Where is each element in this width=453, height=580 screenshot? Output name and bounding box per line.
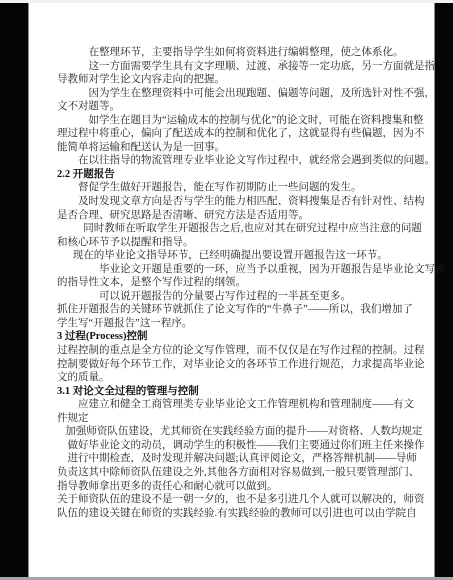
text-line: 加强师资队伍建设，尤其师资在实践经验方面的提升——对资格、人数均规定 <box>57 425 408 439</box>
text-line: 可以说开题报告的分量要占写作过程的一半甚至更多。 <box>57 290 408 304</box>
document-page: 在整理环节，主要指导学生如何将资料进行编辑整理，使之体系化。这一方面需要学生具有… <box>28 3 435 577</box>
text-line: 导教师对学生论文内容走向的把握。 <box>57 73 408 87</box>
text-line: 毕业论文开题是重要的一环，应当予以重视，因为开题报告是毕业论文写作 <box>57 263 408 277</box>
text-line: 队伍的建设关键在师资的实践经验.有实践经验的教师可以引进也可以由学院自 <box>57 507 408 521</box>
text-line: 学生写“开题报告”这一程序。 <box>57 317 408 331</box>
text-line: 过程控制的重点是全方位的论文写作管理，而不仅仅是在写作过程的控制。过程 <box>57 344 408 358</box>
text-line: 控制要做好每个环节工作，对毕业论文的各环节工作进行规范，力求提高毕业论 <box>57 358 408 372</box>
text-line: 是否合理、研究思路是否清晰、研究方法是否适用等。 <box>57 209 408 223</box>
document-text-block: 在整理环节，主要指导学生如何将资料进行编辑整理，使之体系化。这一方面需要学生具有… <box>57 46 408 520</box>
section-heading: 2.2 开题报告 <box>57 168 408 182</box>
text-line: 如学生在题目为“运输成本的控制与优化”的论文时，可能在资料搜集和整 <box>57 114 408 128</box>
text-line: 文的质量。 <box>57 371 408 385</box>
text-line: 在以往指导的物流管理专业毕业论文写作过程中，就经常会遇到类似的问题。 <box>57 154 408 168</box>
text-line: 同时教师在听取学生开题报告之后,也应对其在研究过程中应当注意的问题 <box>57 222 408 236</box>
text-line: 因为学生在整理资料中可能会出现跑题、偏题等问题，及所选针对性不强， <box>57 87 408 101</box>
text-line: 这一方面需要学生具有文字理顺、过渡、承接等一定功底，另一方面就是指 <box>57 60 408 74</box>
text-line: 能简单将运输和配送认为是一回事。 <box>57 141 408 155</box>
text-line: 的指导性文本，是整个写作过程的纲领。 <box>57 276 408 290</box>
text-line: 进行中期检查，及时发现并解决问题;认真评阅论文，严格答辩机制——导师 <box>57 452 408 466</box>
text-line: 在整理环节，主要指导学生如何将资料进行编辑整理，使之体系化。 <box>57 46 408 60</box>
text-line: 理过程中将重心，偏向了配送成本的控制和优化了，这就显得有些偏题，因为不 <box>57 127 408 141</box>
text-line: 关于师资队伍的建设不是一朝一夕的，也不是多引进几个人就可以解决的，师资 <box>57 493 408 507</box>
text-line: 督促学生做好开题报告，能在写作初期防止一些问题的发生。 <box>57 181 408 195</box>
text-line: 现在的毕业论文指导环节，已经明确提出要设置开题报告这一环节。 <box>57 249 408 263</box>
text-line: 做好毕业论文的动员，调动学生的积极性——我们主要通过你们班主任来操作 <box>57 439 408 453</box>
section-heading: 3.1 对论文全过程的管理与控制 <box>57 385 408 399</box>
text-line: 和核心环节予以提醒和指导。 <box>57 236 408 250</box>
text-line: 抓住开题报告的关键环节就抓住了论文写作的“牛鼻子”——所以，我们增加了 <box>57 303 408 317</box>
text-line: 文不对题等。 <box>57 100 408 114</box>
viewer-top-edge <box>0 0 453 3</box>
text-line: 指导教师拿出更多的责任心和耐心就可以做到。 <box>57 480 408 494</box>
viewer-background: { "viewer": { "background_color": "#0505… <box>0 0 453 580</box>
text-line: 负责这其中除师资队伍建设之外,其他各方面相对容易做到,一般只要管理部门、 <box>57 466 408 480</box>
text-line: 应建立和健全工商管理类专业毕业论文工作管理机构和管理制度——有文 <box>57 398 408 412</box>
text-line: 及时发现文章方向是否与学生的能力相匹配、资料搜集是否有针对性、结构 <box>57 195 408 209</box>
text-line: 件规定 <box>57 412 408 426</box>
section-heading: 3 过程(Process)控制 <box>57 330 408 344</box>
